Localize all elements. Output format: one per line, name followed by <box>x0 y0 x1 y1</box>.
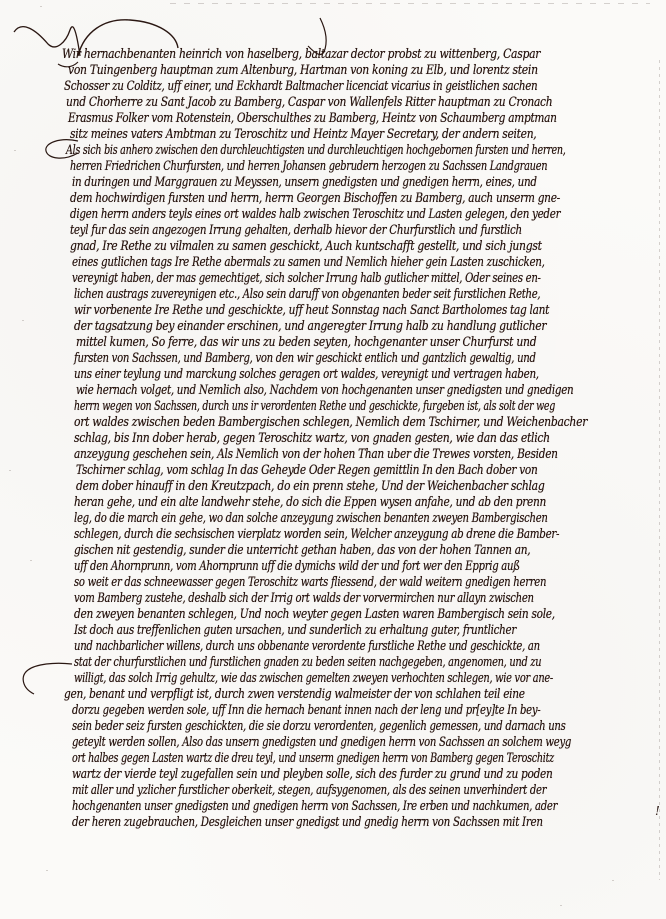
text-line: dem hochwirdigen fursten und herrn, herr… <box>70 190 560 206</box>
scan-speck <box>9 470 11 471</box>
scan-speck <box>30 560 32 561</box>
text-line: vereynigt haben, der mas gemechtiget, si… <box>72 270 541 286</box>
manuscript-page: Wir hernachbenanten heinrich von haselbe… <box>0 0 666 919</box>
text-line: dem dober hinauff in den Kreutzpach, do … <box>76 478 544 494</box>
text-line: Ist doch aus treffenlichen guten ursache… <box>74 622 516 638</box>
text-line: gen, benant und verpfligt ist, durch zwe… <box>64 686 525 702</box>
text-line: lichen austrags zuvereynigen etc., Also … <box>74 286 540 302</box>
text-line: Schosser zu Colditz, uff einer, und Eckh… <box>64 78 537 94</box>
text-line: in duringen und Marggrauen zu Meyssen, u… <box>72 174 537 190</box>
text-line: vom Bamberg zustehe, deshalb sich der Ir… <box>74 590 534 606</box>
text-line: mittel kumen, So ferre, das wir uns zu b… <box>76 334 536 350</box>
text-line: Tschirner schlag, vom schlag In das Gehe… <box>76 462 538 478</box>
text-line: mit aller und yzlicher furstlicher oberk… <box>72 782 546 798</box>
text-line: leg, do die march ein gehe, wo dan solch… <box>74 510 548 526</box>
text-line: heran gehe, und ein alte landwehr stehe,… <box>74 494 546 510</box>
text-line: der heren zugebrauchen, Desgleichen unse… <box>72 814 543 830</box>
text-line: sitz meines vaters Ambtman zu Teroschitz… <box>70 126 536 142</box>
text-line: und nachbarlicher willens, durch uns obb… <box>74 638 540 654</box>
scan-speck <box>612 880 614 881</box>
text-line: so weit er das schneewasser gegen Terosc… <box>74 574 546 590</box>
text-line: teyl fur das sein angezogen Irrung gehal… <box>70 222 522 238</box>
text-line: willigt, das solch Irrig gehultz, wie da… <box>74 670 553 686</box>
text-line: ort waldes zwischen beden Bambergischen … <box>74 414 587 430</box>
text-line: anzeygung geschehen sein, Als Nemlich vo… <box>74 446 558 462</box>
text-line: Erasmus Folker vom Rotenstein, Oberschul… <box>68 110 557 126</box>
manuscript-text-body: Wir hernachbenanten heinrich von haselbe… <box>0 0 666 919</box>
text-line: ort halbes gegen Lasten wartz die dreu t… <box>72 750 554 766</box>
text-line: eines gutlichen tags Ire Rethe abermals … <box>72 254 545 270</box>
text-line: schlegen, durch die sechsischen vierplat… <box>74 526 559 542</box>
text-line: Als sich bis anhero zwischen den durchle… <box>66 142 566 158</box>
text-line: und Chorherre zu Sant Jacob zu Bamberg, … <box>66 94 552 110</box>
text-line: sein beder seiz fursten geschickten, die… <box>72 718 566 734</box>
text-line: fursten von Sachssen, und Bamberg, von d… <box>74 350 536 366</box>
text-line: den zweyen benanten schlegen, Und noch w… <box>74 606 555 622</box>
scan-speck <box>560 905 562 906</box>
text-line: gischen nit gestendig, sunder die unterr… <box>74 542 530 558</box>
text-line: wie hernach volget, und Nemlich also, Na… <box>76 382 573 398</box>
text-line: von Tuingenberg hauptman zum Altenburg, … <box>68 62 538 78</box>
text-line: gnad, Ire Rethe zu vilmalen zu samen ges… <box>70 238 542 254</box>
scan-speck <box>22 320 24 321</box>
scan-speck <box>46 870 48 871</box>
text-line: der tagsatzung bey einander erschinen, u… <box>74 318 546 334</box>
text-line: schlag, bis Inn dober herab, gegen Teros… <box>74 430 550 446</box>
text-line: herrn wegen von Sachssen, durch uns ir v… <box>74 398 555 414</box>
text-line: wartz der vierde teyl zugefallen sein un… <box>72 766 553 782</box>
text-line: uff den Ahornprunn, vom Ahornprunn uff d… <box>74 558 520 574</box>
text-line: stat der churfurstlichen und furstlichen… <box>74 654 541 670</box>
scan-speck <box>14 150 16 151</box>
text-line: geteylt werden sollen, Also das unsern g… <box>72 734 571 750</box>
text-line: dorzu gegeben werden sole, uff Inn die h… <box>72 702 540 718</box>
margin-mark: ! <box>655 804 660 818</box>
text-line: Wir hernachbenanten heinrich von haselbe… <box>62 46 540 62</box>
text-line: uns einer teylung und marckung solches g… <box>74 366 539 382</box>
text-line: wir vorbenente Ire Rethe und geschickte,… <box>74 302 549 318</box>
text-line: hochgenanten unser gnedigsten und gnedig… <box>72 798 557 814</box>
text-line: herren Friedrichen Churfursten, und herr… <box>70 158 547 174</box>
scan-speck <box>40 6 42 7</box>
text-line: digen herrn anders teyls eines ort walde… <box>70 206 560 222</box>
